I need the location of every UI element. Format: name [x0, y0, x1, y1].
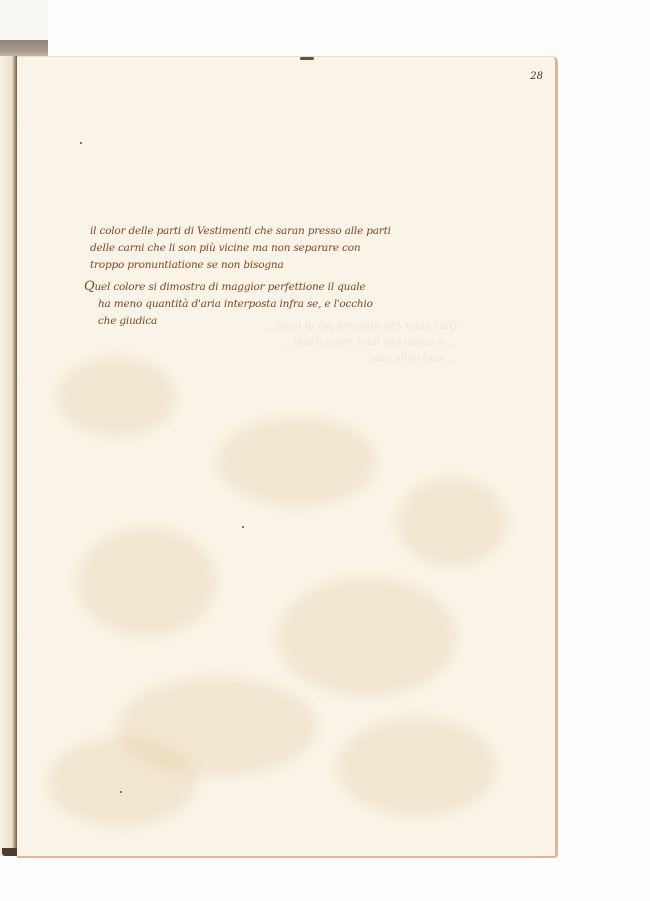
ink-speck — [80, 142, 82, 144]
paragraph-2: Quel colore si dimostra di maggior perfe… — [84, 278, 414, 330]
foxing-stain — [217, 417, 377, 507]
ink-speck — [242, 526, 244, 528]
text-line: ha meno quantità d'aria interposta infra… — [84, 296, 414, 313]
text-line: il color delle parti di Vestimenti che s… — [84, 223, 414, 240]
manuscript-page: 28 Quel color che apparirà più di lume .… — [17, 56, 558, 858]
foxing-stain — [77, 527, 217, 637]
folio-number: 28 — [530, 71, 543, 82]
foxing-stain — [277, 577, 457, 697]
foxing-stain — [47, 737, 197, 827]
text-line: che giudica — [84, 313, 414, 330]
foxing-stain — [337, 717, 497, 817]
foxing-stain — [397, 477, 507, 567]
bleed-line: ... sarà della cosa — [127, 351, 457, 367]
verso-page-edge — [0, 56, 17, 856]
paragraph-1: il color delle parti di Vestimenti che s… — [84, 223, 414, 274]
initial-letter: Q — [84, 279, 94, 294]
foxing-stain — [57, 357, 177, 437]
text-line: Quel colore si dimostra di maggior perfe… — [84, 278, 414, 296]
text-line-rest: uel colore si dimostra di maggior perfet… — [94, 281, 365, 293]
text-line: troppo pronuntiatione se non bisogna — [84, 257, 414, 274]
bleed-line: ... e quello che harà meno d'aria ... — [127, 335, 457, 351]
text-line: delle carni che li son più vicine ma non… — [84, 240, 414, 257]
page-top-mark — [300, 57, 314, 60]
handwritten-text: il color delle parti di Vestimenti che s… — [84, 223, 414, 330]
ink-speck — [120, 791, 122, 793]
